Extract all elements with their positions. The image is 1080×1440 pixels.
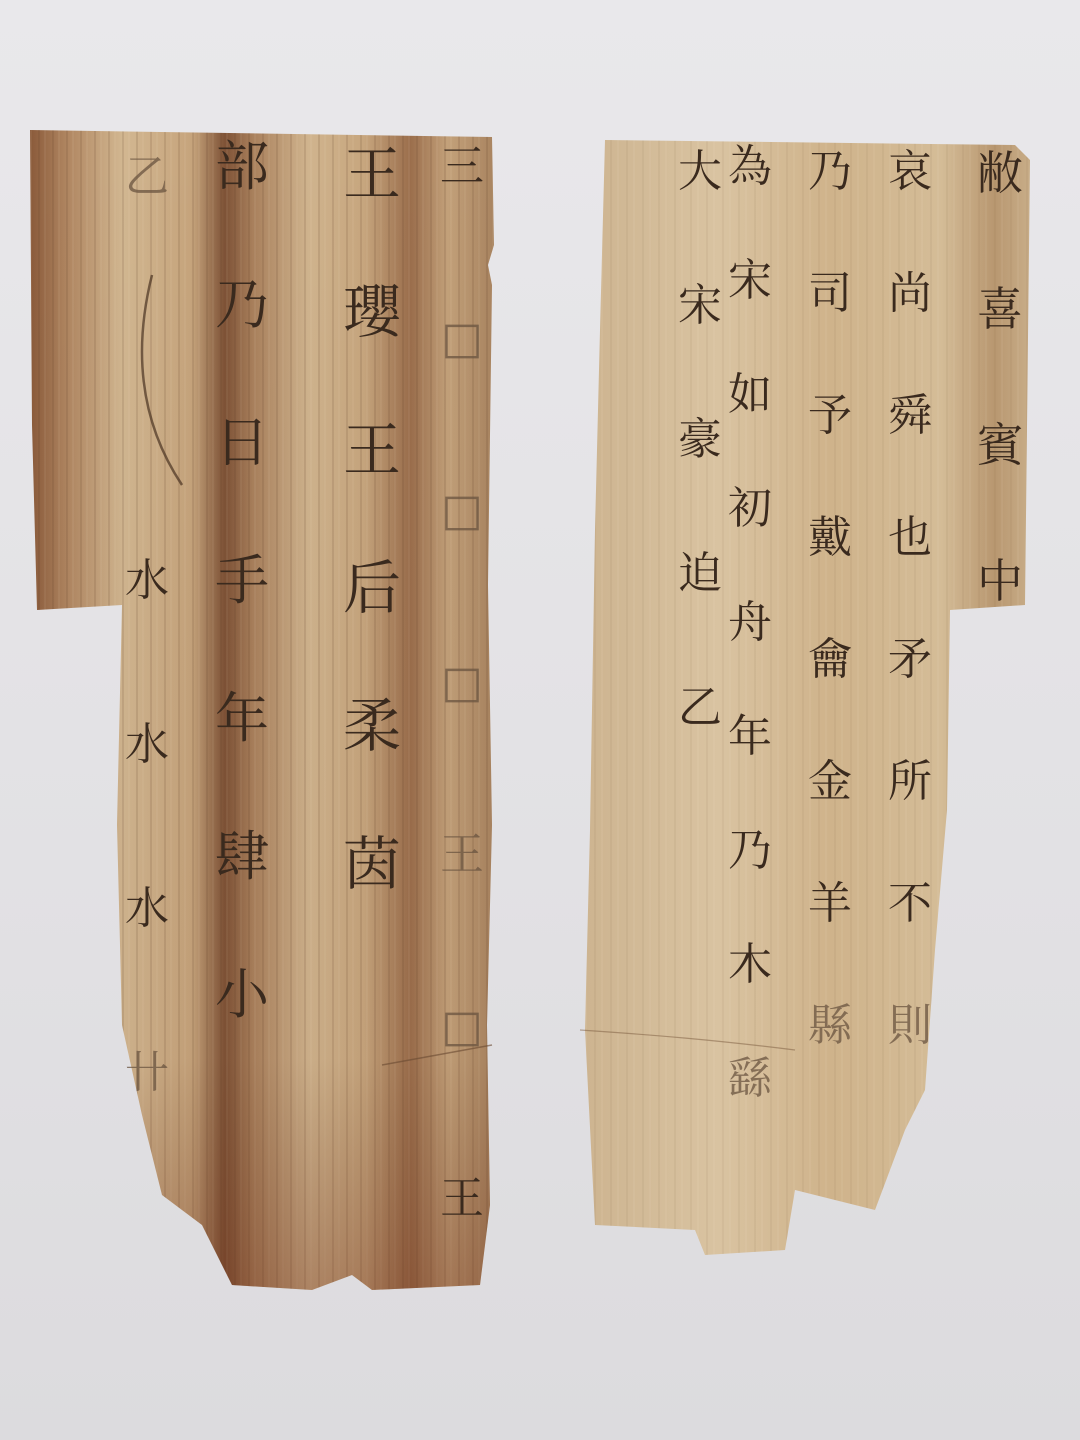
glyph: 王 xyxy=(440,833,484,877)
glyph: 豪 xyxy=(678,418,722,462)
left-slip-column-3: 部 乃 日 手 年 肆 小 xyxy=(202,140,282,1022)
right-wooden-slip: 敝 喜 賓 中 哀 尚 舜 也 矛 所 不 則 乃 司 予 戴 龠 金 羊 縣 … xyxy=(575,130,1035,1290)
glyph: 肆 xyxy=(215,830,269,884)
glyph: □ xyxy=(441,1005,483,1049)
glyph: 乃 xyxy=(808,150,852,194)
glyph: 不 xyxy=(888,882,932,926)
glyph: 矛 xyxy=(888,638,932,682)
right-slip-column-1: 敝 喜 賓 中 xyxy=(970,150,1030,604)
glyph: 賓 xyxy=(977,422,1023,468)
glyph: 如 xyxy=(728,373,772,417)
glyph: 宋 xyxy=(728,259,772,303)
glyph: 部 xyxy=(215,140,269,194)
glyph: 予 xyxy=(808,394,852,438)
glyph: 大 xyxy=(678,150,722,194)
glyph: 年 xyxy=(728,715,772,759)
glyph: 柔 xyxy=(343,697,401,755)
glyph: 木 xyxy=(728,943,772,987)
right-slip-column-3: 乃 司 予 戴 龠 金 羊 縣 xyxy=(800,150,860,1048)
right-slip-column-5: 大 宋 豪 迫 乙 xyxy=(670,150,730,730)
glyph: 也 xyxy=(888,516,932,560)
glyph: 王 xyxy=(440,1177,484,1221)
glyph: 水 xyxy=(125,723,169,767)
glyph: □ xyxy=(441,317,483,361)
glyph: 舜 xyxy=(888,394,932,438)
glyph: 迫 xyxy=(678,552,722,596)
left-wooden-slip: 三 □ □ □ 王 □ 王 王 瓔 王 后 柔 茵 部 乃 日 手 年 肆 小 … xyxy=(22,125,507,1295)
glyph: 乃 xyxy=(215,278,269,332)
glyph: 金 xyxy=(808,760,852,804)
glyph: 年 xyxy=(215,692,269,746)
glyph: 乙 xyxy=(125,155,169,199)
glyph: □ xyxy=(441,661,483,705)
glyph: 水 xyxy=(125,887,169,931)
glyph: 則 xyxy=(888,1004,932,1048)
glyph: 繇 xyxy=(728,1057,772,1101)
glyph: 日 xyxy=(215,416,269,470)
glyph: 王 xyxy=(343,145,401,203)
glyph: 司 xyxy=(808,272,852,316)
right-slip-column-2: 哀 尚 舜 也 矛 所 不 則 xyxy=(880,150,940,1048)
glyph: 王 xyxy=(343,421,401,479)
left-slip-column-4: 乙 水 水 水 卄 xyxy=(117,155,177,1095)
glyph: 尚 xyxy=(888,272,932,316)
glyph: 瓔 xyxy=(343,283,401,341)
left-slip-column-1: 三 □ □ □ 王 □ 王 xyxy=(432,145,492,1221)
glyph: 戴 xyxy=(808,516,852,560)
glyph: 中 xyxy=(977,558,1023,604)
left-slip-column-2: 王 瓔 王 后 柔 茵 xyxy=(332,145,412,893)
glyph: 喜 xyxy=(977,286,1023,332)
glyph: 小 xyxy=(215,968,269,1022)
glyph: 乃 xyxy=(728,829,772,873)
glyph: 后 xyxy=(343,559,401,617)
glyph: 敝 xyxy=(977,150,1023,196)
glyph: 龠 xyxy=(808,638,852,682)
glyph: 宋 xyxy=(678,284,722,328)
glyph: □ xyxy=(441,489,483,533)
glyph: 哀 xyxy=(888,150,932,194)
glyph: 舟 xyxy=(728,601,772,645)
glyph: 乙 xyxy=(678,686,722,730)
glyph: 初 xyxy=(728,487,772,531)
glyph: 縣 xyxy=(808,1004,852,1048)
glyph: 茵 xyxy=(343,835,401,893)
glyph: 三 xyxy=(440,145,484,189)
glyph: 羊 xyxy=(808,882,852,926)
glyph: 為 xyxy=(728,145,772,189)
glyph: 所 xyxy=(888,760,932,804)
glyph: 手 xyxy=(215,554,269,608)
glyph: 水 xyxy=(125,559,169,603)
glyph: 卄 xyxy=(125,1051,169,1095)
